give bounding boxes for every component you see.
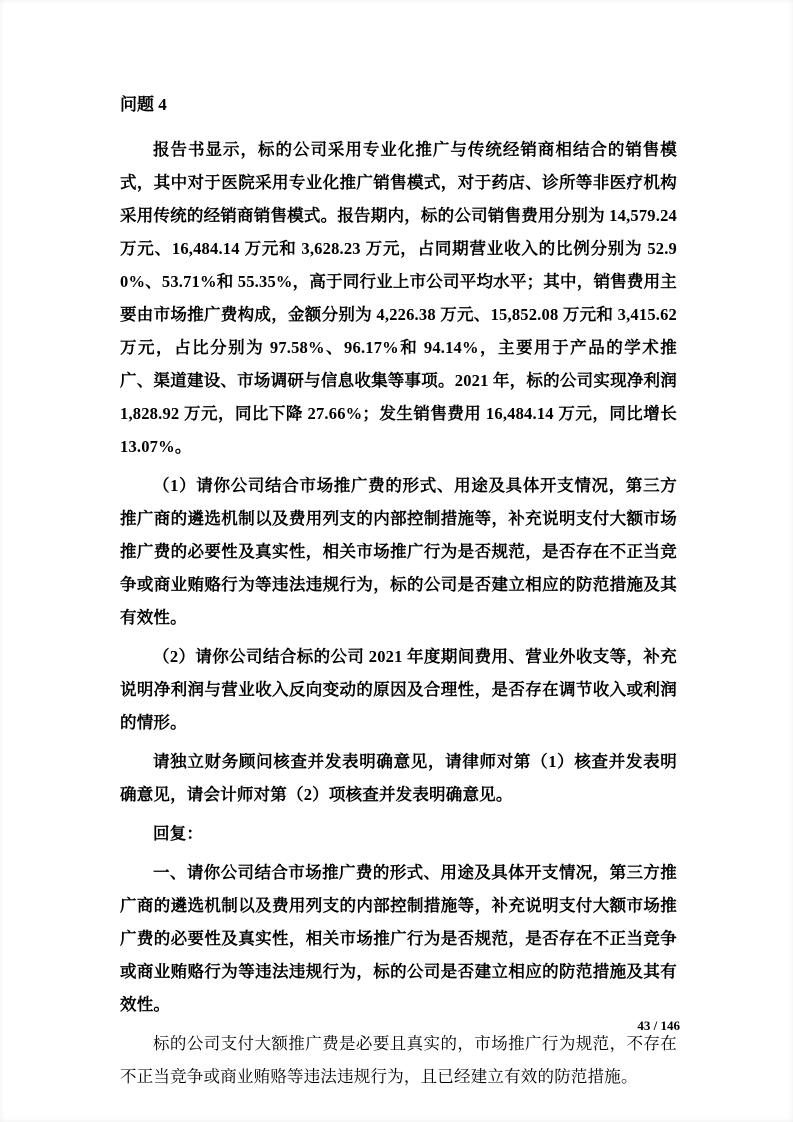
paragraph-reply-answer: 标的公司支付大额推广费是必要且真实的，市场推广行为规范，不存在不正当竞争或商业贿… — [120, 1027, 677, 1093]
document-content: 问题 4 报告书显示，标的公司采用专业化推广与传统经销商相结合的销售模式，其中对… — [120, 88, 677, 1099]
paragraph-inquiry-item-2: （2）请你公司结合标的公司 2021 年度期间费用、营业外收支等，补充说明净利润… — [120, 640, 677, 739]
paragraph-verification-request: 请独立财务顾问核查并发表明确意见，请律师对第（1）核查并发表明确意见，请会计师对… — [120, 745, 677, 811]
paragraph-reply-label: 回复： — [120, 817, 677, 850]
document-page: 问题 4 报告书显示，标的公司采用专业化推广与传统经销商相结合的销售模式，其中对… — [0, 0, 793, 1122]
paragraph-reply-restated-question: 一、请你公司结合市场推广费的形式、用途及具体开支情况，第三方推广商的遴选机制以及… — [120, 856, 677, 1021]
page-title: 问题 4 — [120, 88, 677, 121]
page-number: 43 / 146 — [637, 1016, 680, 1036]
paragraph-inquiry-background: 报告书显示，标的公司采用专业化推广与传统经销商相结合的销售模式，其中对于医院采用… — [120, 133, 677, 463]
paragraph-inquiry-item-1: （1）请你公司结合市场推广费的形式、用途及具体开支情况，第三方推广商的遴选机制以… — [120, 469, 677, 634]
